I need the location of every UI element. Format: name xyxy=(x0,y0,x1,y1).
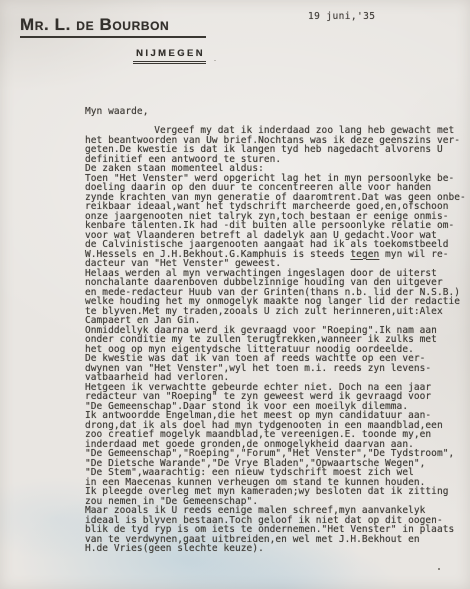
letterhead-name: Mr. L. de Bourbon xyxy=(20,15,206,38)
paper-speck xyxy=(438,568,440,570)
letterhead-city: NIJMEGEN xyxy=(133,48,206,64)
letter-body: Myn waarde, Vergeef my dat ik inderdaad … xyxy=(85,107,466,554)
letter-line: H.de Vries(geen slechte keuze). xyxy=(85,544,466,554)
letter-line: Myn waarde, xyxy=(85,107,466,117)
paper-speck xyxy=(214,60,216,61)
letter-date: 19 juni,'35 xyxy=(308,11,375,22)
letterhead: Mr. L. de Bourbon NIJMEGEN xyxy=(20,15,206,64)
underlined-word: tegen xyxy=(350,249,379,260)
letterhead-city-wrap: NIJMEGEN xyxy=(20,41,206,64)
letter-page: Mr. L. de Bourbon NIJMEGEN 19 juni,'35 M… xyxy=(0,0,470,589)
